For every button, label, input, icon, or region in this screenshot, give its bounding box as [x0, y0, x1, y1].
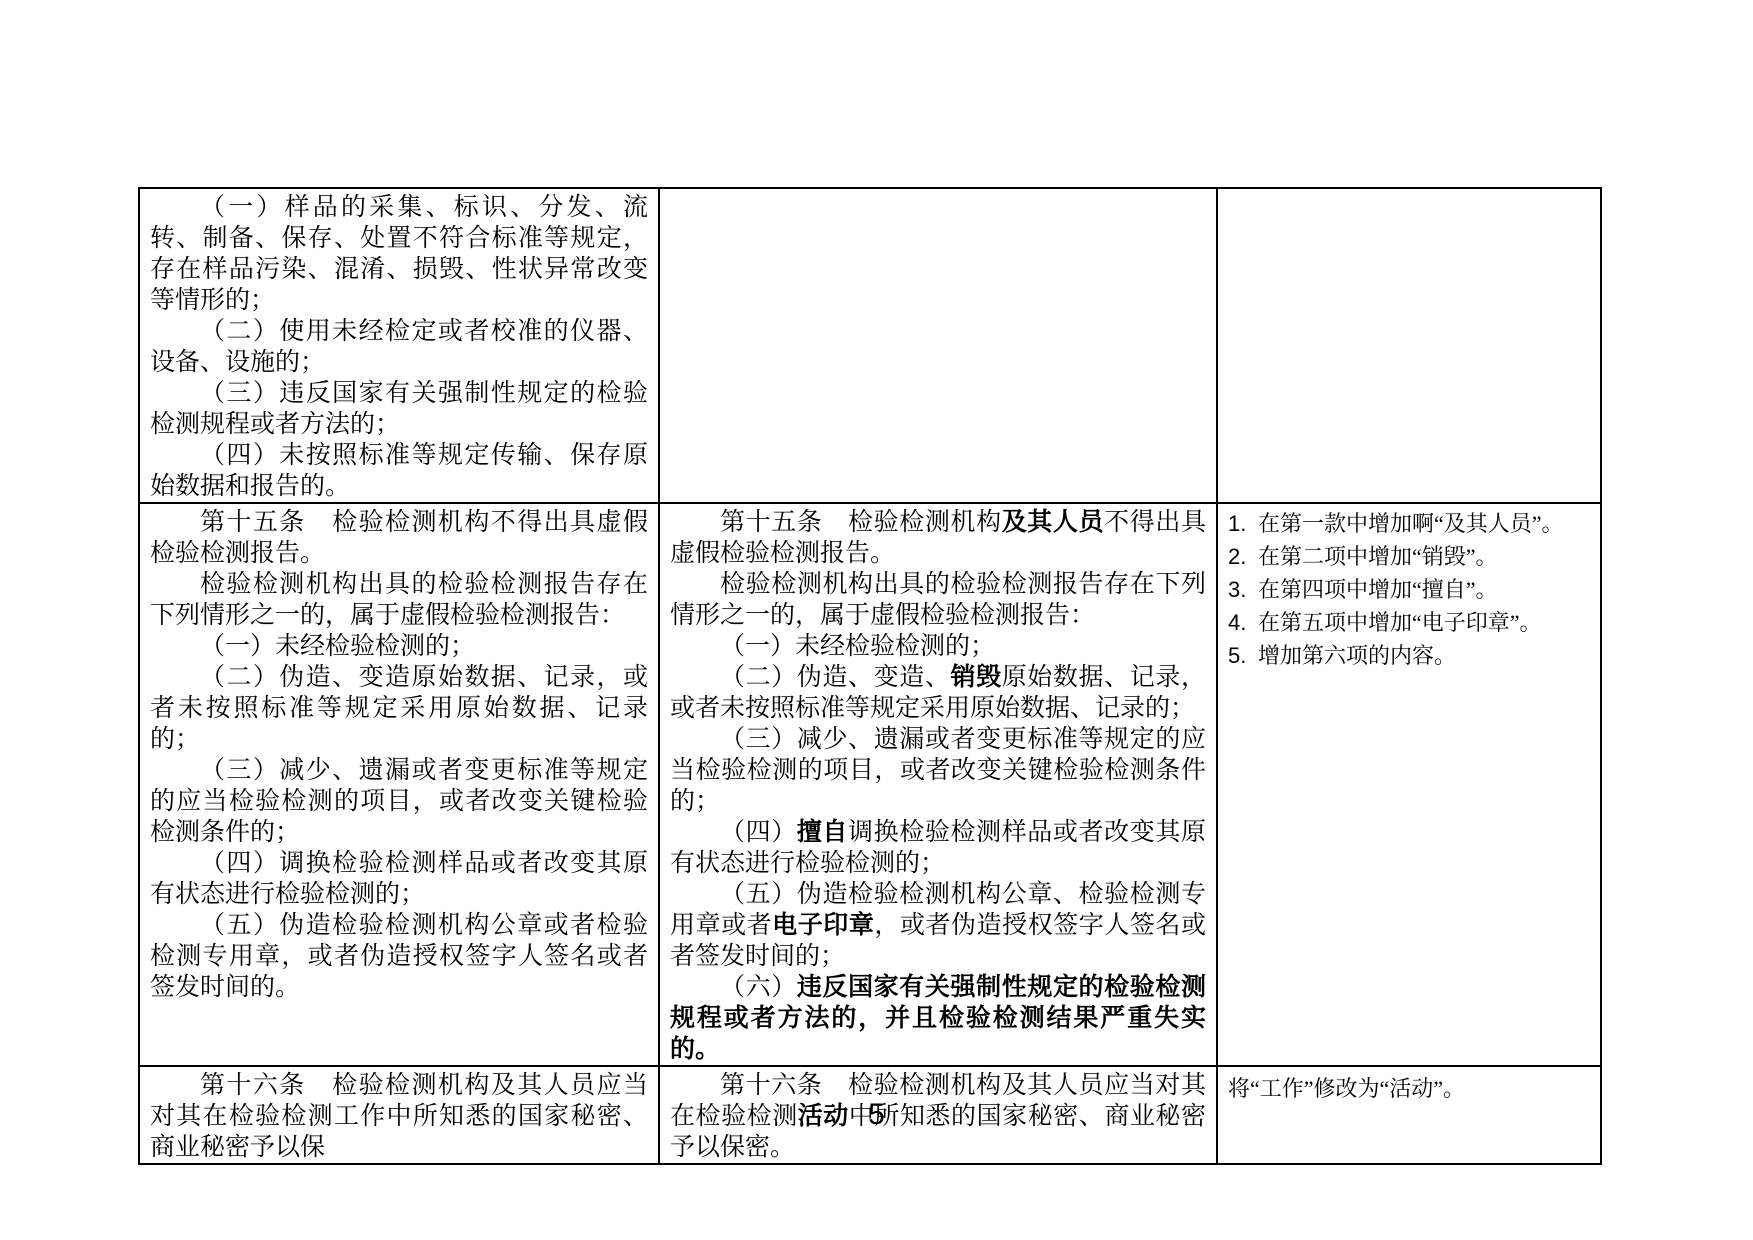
body-text: （一）未经检验检测的；: [720, 633, 995, 660]
paragraph: （一）未经检验检测的；: [670, 631, 1206, 662]
body-text: 第十五条 检验检测机构: [720, 509, 1002, 536]
cell-notes-row1: [1217, 188, 1601, 503]
added-text: 电子印章: [772, 912, 874, 939]
body-text: （四）: [720, 819, 797, 846]
note-list-number: 5.: [1228, 639, 1258, 672]
added-text: 销毁: [950, 664, 1001, 691]
body-text: （二）使用未经检定或者校准的仪器、设备、设施的；: [150, 318, 648, 376]
note-list-text: 在第五项中增加“电子印章”。: [1258, 606, 1590, 639]
note-list-number: 3.: [1228, 573, 1258, 606]
body-text: （三）减少、遗漏或者变更标准等规定的应当检验检测的项目，或者改变关键检验检测条件…: [670, 726, 1206, 815]
document-page: （一）样品的采集、标识、分发、流转、制备、保存、处置不符合标准等规定，存在样品污…: [0, 0, 1753, 1240]
added-text: 擅自: [797, 819, 848, 846]
paragraph: （三）减少、遗漏或者变更标准等规定的应当检验检测的项目，或者改变关键检验检测条件…: [670, 724, 1206, 817]
note-list-item: 3.在第四项中增加“擅自”。: [1228, 573, 1590, 606]
body-text: （四）调换检验检测样品或者改变其原有状态进行检验检测的；: [150, 850, 648, 908]
body-text: （一）未经检验检测的；: [200, 633, 475, 660]
cell-new-text-article15: 第十五条 检验检测机构及其人员不得出具虚假检验检测报告。检验检测机构出具的检验检…: [659, 503, 1217, 1066]
body-text: （二）伪造、变造、: [720, 664, 950, 691]
comparison-table: （一）样品的采集、标识、分发、流转、制备、保存、处置不符合标准等规定，存在样品污…: [138, 187, 1602, 1165]
note-list-text: 在第二项中增加“销毁”。: [1258, 540, 1590, 573]
paragraph: （一）未经检验检测的；: [150, 631, 648, 662]
paragraph: （二）伪造、变造原始数据、记录，或者未按照标准等规定采用原始数据、记录的；: [150, 662, 648, 755]
body-text: 检验检测机构出具的检验检测报告存在下列情形之一的，属于虚假检验检测报告：: [670, 571, 1206, 629]
cell-new-text-row1: [659, 188, 1217, 503]
added-text: 及其人员: [1002, 509, 1104, 536]
paragraph: 检验检测机构出具的检验检测报告存在下列情形之一的，属于虚假检验检测报告：: [150, 569, 648, 631]
note-list-number: 2.: [1228, 540, 1258, 573]
paragraph: （三）减少、遗漏或者变更标准等规定的应当检验检测的项目，或者改变关键检验检测条件…: [150, 755, 648, 848]
cell-notes-article15: 1.在第一款中增加啊“及其人员”。2.在第二项中增加“销毁”。3.在第四项中增加…: [1217, 503, 1601, 1066]
table-row: （一）样品的采集、标识、分发、流转、制备、保存、处置不符合标准等规定，存在样品污…: [139, 188, 1601, 503]
paragraph: 检验检测机构出具的检验检测报告存在下列情形之一的，属于虚假检验检测报告：: [670, 569, 1206, 631]
body-text: （五）伪造检验检测机构公章或者检验检测专用章，或者伪造授权签字人签名或者签发时间…: [150, 912, 648, 1001]
note-list-item: 2.在第二项中增加“销毁”。: [1228, 540, 1590, 573]
paragraph: （四）调换检验检测样品或者改变其原有状态进行检验检测的；: [150, 848, 648, 910]
body-text: （一）样品的采集、标识、分发、流转、制备、保存、处置不符合标准等规定，存在样品污…: [150, 194, 648, 314]
paragraph: （六）违反国家有关强制性规定的检验检测规程或者方法的，并且检验检测结果严重失实的…: [670, 972, 1206, 1065]
body-text: （四）未按照标准等规定传输、保存原始数据和报告的。: [150, 442, 648, 500]
body-text: 第十五条 检验检测机构不得出具虚假检验检测报告。: [150, 509, 648, 567]
paragraph: （二）伪造、变造、销毁原始数据、记录，或者未按照标准等规定采用原始数据、记录的；: [670, 662, 1206, 724]
note-list-item: 4.在第五项中增加“电子印章”。: [1228, 606, 1590, 639]
note-list-item: 1.在第一款中增加啊“及其人员”。: [1228, 507, 1590, 540]
body-text: 检验检测机构出具的检验检测报告存在下列情形之一的，属于虚假检验检测报告：: [150, 571, 648, 629]
paragraph: （四）未按照标准等规定传输、保存原始数据和报告的。: [150, 440, 648, 502]
page-number: 5: [0, 1098, 1753, 1132]
paragraph: （一）样品的采集、标识、分发、流转、制备、保存、处置不符合标准等规定，存在样品污…: [150, 192, 648, 316]
cell-old-text-row1: （一）样品的采集、标识、分发、流转、制备、保存、处置不符合标准等规定，存在样品污…: [139, 188, 659, 503]
note-list-number: 4.: [1228, 606, 1258, 639]
note-list-text: 增加第六项的内容。: [1258, 639, 1590, 672]
paragraph: （三）违反国家有关强制性规定的检验检测规程或者方法的；: [150, 378, 648, 440]
body-text: （三）减少、遗漏或者变更标准等规定的应当检验检测的项目，或者改变关键检验检测条件…: [150, 757, 648, 846]
note-list-text: 在第一款中增加啊“及其人员”。: [1258, 507, 1590, 540]
note-list-number: 1.: [1228, 507, 1258, 540]
paragraph: （四）擅自调换检验检测样品或者改变其原有状态进行检验检测的；: [670, 817, 1206, 879]
paragraph: （五）伪造检验检测机构公章或者检验检测专用章，或者伪造授权签字人签名或者签发时间…: [150, 910, 648, 1003]
table-row: 第十五条 检验检测机构不得出具虚假检验检测报告。检验检测机构出具的检验检测报告存…: [139, 503, 1601, 1066]
body-text: （二）伪造、变造原始数据、记录，或者未按照标准等规定采用原始数据、记录的；: [150, 664, 648, 753]
body-text: （三）违反国家有关强制性规定的检验检测规程或者方法的；: [150, 380, 648, 438]
paragraph: 第十五条 检验检测机构不得出具虚假检验检测报告。: [150, 507, 648, 569]
body-text: （六）: [720, 974, 797, 1001]
paragraph: 第十五条 检验检测机构及其人员不得出具虚假检验检测报告。: [670, 507, 1206, 569]
paragraph: （五）伪造检验检测机构公章、检验检测专用章或者电子印章，或者伪造授权签字人签名或…: [670, 879, 1206, 972]
note-list-item: 5.增加第六项的内容。: [1228, 639, 1590, 672]
cell-old-text-article15: 第十五条 检验检测机构不得出具虚假检验检测报告。检验检测机构出具的检验检测报告存…: [139, 503, 659, 1066]
paragraph: （二）使用未经检定或者校准的仪器、设备、设施的；: [150, 316, 648, 378]
note-list-text: 在第四项中增加“擅自”。: [1258, 573, 1590, 606]
